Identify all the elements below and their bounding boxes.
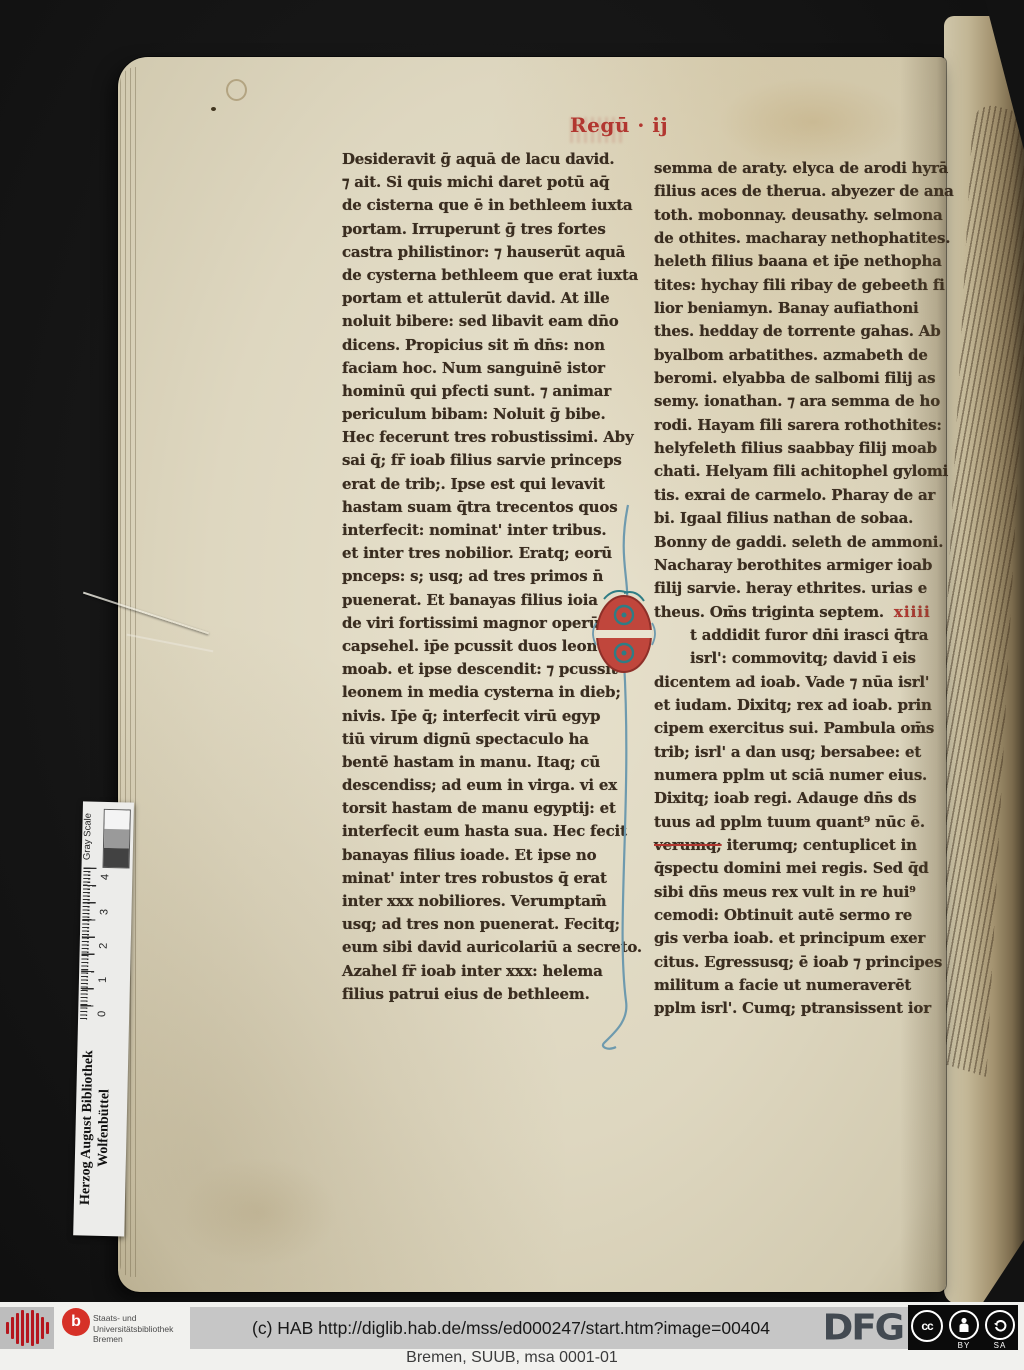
logo-bar: [46, 1322, 49, 1334]
text-column-right: semma de araty. elyca de arodi hyrāfiliu…: [654, 157, 954, 1021]
logo-bar: [16, 1313, 19, 1344]
bremen-library-name: Staats- und Universitätsbibliothek Breme…: [93, 1313, 173, 1345]
calibration-strip: Gray Scale 4 3 2 1 0 Herzog August Bibli…: [73, 801, 134, 1236]
manuscript-text-line: sai q̄; fr̄ ioab filius sarvie princeps: [342, 449, 648, 472]
manuscript-text-line: Bonny de gaddi. seleth de ammoni.: [654, 531, 954, 554]
manuscript-text-line: militum a facie ut numeraverēt: [654, 974, 954, 997]
manuscript-text-line: semma de araty. elyca de arodi hyrā: [654, 157, 954, 180]
manuscript-text-line: isrl': commovitq; david ī eis: [690, 647, 954, 670]
manuscript-text-line: Nacharay berothites armiger ioab: [654, 554, 954, 577]
manuscript-text-line: Hec fecerunt tres robustissimi. Aby: [342, 426, 648, 449]
chapter-number-rubric: xiiii: [894, 603, 931, 621]
parchment-stain: [178, 1157, 338, 1267]
manuscript-text-line: numera pplm ut sciā numer eius.: [654, 764, 954, 787]
gray-scale-label: Gray Scale: [81, 801, 101, 871]
manuscript-text-line: Desideravit ḡ aquā de lacu david.: [342, 148, 648, 171]
manuscript-text-line: de cysterna bethleem que erat iuxta: [342, 264, 648, 287]
logo-bar: [41, 1317, 44, 1339]
cc-by-icon: BY: [949, 1310, 979, 1350]
manuscript-text-line: sibi dn̄s meus rex vult in re hui⁹: [654, 881, 954, 904]
manuscript-text-line: et iudam. Dixitq; rex ad ioab. prin: [654, 694, 954, 717]
manuscript-text-line: tites: hychay fili ribay de gebeeth fi: [654, 274, 954, 297]
patch-dark-gray: [104, 848, 129, 868]
ruler-ticks-major: [80, 867, 96, 1019]
logo-bar: [26, 1313, 29, 1343]
manuscript-text-line: de othites. macharay nethophatites.: [654, 227, 954, 250]
ink-dot: [211, 107, 216, 111]
manuscript-text-line: toth. mobonnay. deusathy. selmona: [654, 204, 954, 227]
bremen-b-logo: b: [62, 1308, 90, 1336]
manuscript-text-line: gis verba ioab. et principum exer: [654, 927, 954, 950]
patch-white: [104, 810, 129, 830]
manuscript-text-line: cemodi: Obtinuit autē sermo re: [654, 904, 954, 927]
manuscript-text-line: periculum bibam: Noluit ḡ bibe.: [342, 403, 648, 426]
column-right-part-c: q̄spectu domini mei regis. Sed q̄dsibi d…: [654, 857, 954, 1020]
manuscript-text-line: portam et attulerūt david. At ille: [342, 287, 648, 310]
ruler-number: 4: [99, 869, 113, 885]
manuscript-text-line: q̄spectu domini mei regis. Sed q̄d: [654, 857, 954, 880]
manuscript-text-line: cipem exercitus sui. Pambula om̄s: [654, 717, 954, 740]
manuscript-page: Regū · ij Desideravit ḡ aquā de lacu dav…: [118, 57, 946, 1292]
logo-bar: [31, 1310, 34, 1346]
cc-sa-icon: SA: [985, 1310, 1015, 1350]
footer-bar: b Staats- und Universitätsbibliothek Bre…: [0, 1302, 1024, 1370]
manuscript-text-line: filius aces de therua. abyezer de ana: [654, 180, 954, 203]
footer-gray-band: (c) HAB http://diglib.hab.de/mss/ed00024…: [190, 1307, 908, 1349]
manuscript-text-line: de cisterna que ē in bethleem iuxta: [342, 194, 648, 217]
cc-icon: cc: [911, 1310, 943, 1342]
book-fore-edge: [944, 16, 1024, 1304]
ruler-number: 2: [98, 938, 112, 954]
manuscript-text-line: castra philistinor: ⁊ hauserūt aquā: [342, 241, 648, 264]
manuscript-text-line: Dixitq; ioab regi. Adauge dn̄s ds: [654, 787, 954, 810]
manuscript-text-line: tis. exrai de carmelo. Pharay de ar: [654, 484, 954, 507]
manuscript-text-line: portam. Irruperunt ḡ tres fortes: [342, 218, 648, 241]
gray-scale-patches: [103, 809, 131, 869]
ruler-number: 3: [98, 904, 112, 920]
manuscript-text-line: lior beniamyn. Banay aufiathoni: [654, 297, 954, 320]
dfg-logo: DFG: [823, 1307, 903, 1349]
shelfmark: Bremen, SUUB, msa 0001-01: [0, 1349, 1024, 1367]
decorated-initial-E: [586, 503, 664, 1055]
logo-bar: [11, 1317, 14, 1339]
manuscript-text-line: filij sarvie. heray ethrites. urias e: [654, 577, 954, 600]
manuscript-text-line: dicens. Propicius sit m̄ dn̄s: non: [342, 334, 648, 357]
manuscript-text-line: beromi. elyabba de salbomi filij as: [654, 367, 954, 390]
ring-mark: [226, 79, 247, 101]
manuscript-text-line: chati. Helyam fili achitophel gylomi: [654, 460, 954, 483]
manuscript-text-line: dicentem ad ioab. Vade ⁊ nūa isrl': [654, 671, 954, 694]
copyright-url: (c) HAB http://diglib.hab.de/mss/ed00024…: [252, 1307, 770, 1349]
running-title: Regū · ij: [570, 113, 790, 137]
manuscript-text-line: hominū qui pfecti sunt. ⁊ animar: [342, 380, 648, 403]
logo-bar: [6, 1322, 9, 1334]
manuscript-text-line: faciam hoc. Num sanguinē istor: [342, 357, 648, 380]
manuscript-text-line: citus. Egressusq; ē ioab ⁊ principes: [654, 951, 954, 974]
cc-license-badge: cc BY SA: [908, 1305, 1018, 1350]
manuscript-text-line: noluit bibere: sed libavit eam dn̄o: [342, 310, 648, 333]
manuscript-text-line: erat de trib;. Ipse est qui levavit: [342, 473, 648, 496]
manuscript-text-line: thes. hedday de torrente gahas. Ab: [654, 320, 954, 343]
manuscript-text-line: rodi. Hayam fili sarera rothothites:: [654, 414, 954, 437]
manuscript-text-line: heleth filius baana et ip̄e nethopha: [654, 250, 954, 273]
manuscript-text-line: t addidit furor dn̄i irasci q̄tra: [690, 624, 954, 647]
suub-barcode-logo: [0, 1307, 54, 1349]
struck-word-line: verumq; iterumq; centuplicet in: [654, 834, 954, 857]
ruler-number: 1: [97, 972, 111, 988]
column-right-part-b: t addidit furor dn̄i irasci q̄traisrl': …: [654, 624, 954, 834]
patch-mid-gray: [104, 829, 129, 849]
manuscript-text-line: pplm isrl'. Cumq; ptransissent ior: [654, 997, 954, 1020]
manuscript-text-line: ⁊ ait. Si quis michi daret potū aq̄: [342, 171, 648, 194]
manuscript-text-line: helyfeleth filius saabbay filij moab: [654, 437, 954, 460]
logo-bar: [36, 1313, 39, 1344]
manuscript-text-line: byalbom arbatithes. azmabeth de: [654, 344, 954, 367]
logo-bar: [21, 1310, 24, 1346]
manuscript-text-line: tuus ad pplm tuum quant⁹ nūc ē.: [654, 811, 954, 834]
manuscript-text-line: trib; isrl' a dan usq; bersabee: et: [654, 741, 954, 764]
chapter-end-line: theus. Om̄s triginta septem.xiiii: [654, 601, 954, 624]
struck-word: verumq;: [654, 836, 722, 854]
scan-background: Regū · ij Desideravit ḡ aquā de lacu dav…: [0, 0, 1024, 1370]
manuscript-text-line: semy. ionathan. ⁊ ara semma de ho: [654, 390, 954, 413]
manuscript-text-line: bi. Igaal filius nathan de sobaa.: [654, 507, 954, 530]
column-right-part-a: semma de araty. elyca de arodi hyrāfiliu…: [654, 157, 954, 601]
